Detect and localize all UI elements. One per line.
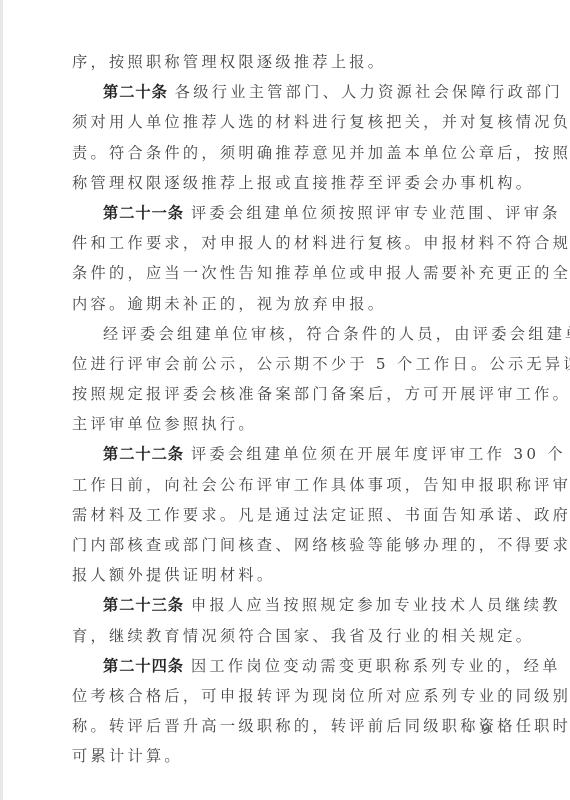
- line-text: 评委会组建单位须在开展年度评审工作 30 个: [191, 445, 566, 463]
- text-line: 第二十二条评委会组建单位须在开展年度评审工作 30 个: [72, 439, 492, 469]
- text-line: 位考核合格后，可申报转评为现岗位所对应系列专业的同级别职: [72, 681, 492, 711]
- text-line: 按照规定报评委会核准备案部门备案后，方可开展评审工作。自: [72, 379, 492, 409]
- line-text: 评委会组建单位须按照评审专业范围、评审条: [191, 204, 561, 222]
- line-text: 门内部核查或部门间核查、网络核验等能够办理的，不得要求申: [72, 536, 570, 554]
- line-text: 条件的，应当一次性告知推荐单位或申报人需要补充更正的全部: [72, 264, 570, 282]
- article-number: 第二十一条: [103, 204, 184, 222]
- text-line: 门内部核查或部门间核查、网络核验等能够办理的，不得要求申: [72, 530, 492, 560]
- line-text: 须对用人单位推荐人选的材料进行复核把关，并对复核情况负: [72, 113, 570, 131]
- text-line: 件和工作要求，对申报人的材料进行复核。申报材料不符合规定: [72, 228, 492, 258]
- line-text: 位考核合格后，可申报转评为现岗位所对应系列专业的同级别职: [72, 687, 570, 705]
- line-text: 称管理权限逐级推荐上报或直接推荐至评委会办事机构。: [72, 174, 534, 192]
- text-line: 工作日前，向社会公布评审工作具体事项，告知申报职称评审所: [72, 470, 492, 500]
- line-text: 申报人应当按照规定参加专业技术人员继续教: [191, 596, 561, 614]
- line-text: 经评委会组建单位审核，符合条件的人员，由评委会组建单: [103, 325, 570, 343]
- line-text: 件和工作要求，对申报人的材料进行复核。申报材料不符合规定: [72, 234, 570, 252]
- text-line: 内容。逾期未补正的，视为放弃申报。: [72, 289, 492, 319]
- text-line: 条件的，应当一次性告知推荐单位或申报人需要补充更正的全部: [72, 258, 492, 288]
- text-line: 报人额外提供证明材料。: [72, 560, 492, 590]
- text-line: 育，继续教育情况须符合国家、我省及行业的相关规定。: [72, 621, 492, 651]
- article-number: 第二十四条: [103, 657, 184, 675]
- line-text: 责。符合条件的，须明确推荐意见并加盖本单位公章后，按照职: [72, 144, 570, 162]
- line-text: 可累计计算。: [72, 747, 183, 765]
- line-text: 内容。逾期未补正的，视为放弃申报。: [72, 295, 386, 313]
- document-page: 序，按照职称管理权限逐级推荐上报。 第二十条各级行业主管部门、人力资源社会保障行…: [0, 0, 570, 800]
- text-line: 序，按照职称管理权限逐级推荐上报。: [72, 47, 492, 77]
- text-line: 位进行评审会前公示，公示期不少于 5 个工作日。公示无异议的，: [72, 349, 492, 379]
- text-line: 第二十三条申报人应当按照规定参加专业技术人员继续教: [72, 590, 492, 620]
- text-line: 可累计计算。: [72, 741, 492, 771]
- line-text: 序，按照职称管理权限逐级推荐上报。: [72, 53, 386, 71]
- page-edge: [0, 0, 3, 800]
- line-text: 按照规定报评委会核准备案部门备案后，方可开展评审工作。自: [72, 385, 570, 403]
- line-text: 需材料及工作要求。凡是通过法定证照、书面告知承诺、政府部: [72, 506, 570, 524]
- text-line: 经评委会组建单位审核，符合条件的人员，由评委会组建单: [72, 319, 492, 349]
- line-text: 各级行业主管部门、人力资源社会保障行政部门: [175, 83, 563, 101]
- line-text: 报人额外提供证明材料。: [72, 566, 275, 584]
- line-text: 工作日前，向社会公布评审工作具体事项，告知申报职称评审所: [72, 476, 570, 494]
- article-number: 第二十三条: [103, 596, 184, 614]
- text-line: 第二十一条评委会组建单位须按照评审专业范围、评审条: [72, 198, 492, 228]
- article-number: 第二十二条: [103, 445, 184, 463]
- line-text: 因工作岗位变动需变更职称系列专业的，经单: [191, 657, 561, 675]
- text-line: 须对用人单位推荐人选的材料进行复核把关，并对复核情况负: [72, 107, 492, 137]
- text-line: 主评审单位参照执行。: [72, 409, 492, 439]
- text-line: 第二十条各级行业主管部门、人力资源社会保障行政部门: [72, 77, 492, 107]
- article-number: 第二十条: [103, 83, 168, 101]
- text-line: 称。转评后晋升高一级职称的，转评前后同级职称资格任职时间: [72, 711, 492, 741]
- line-text: 主评审单位参照执行。: [72, 415, 257, 433]
- text-line: 需材料及工作要求。凡是通过法定证照、书面告知承诺、政府部: [72, 500, 492, 530]
- text-line: 责。符合条件的，须明确推荐意见并加盖本单位公章后，按照职: [72, 138, 492, 168]
- text-line: 第二十四条因工作岗位变动需变更职称系列专业的，经单: [72, 651, 492, 681]
- line-text: 位进行评审会前公示，公示期不少于 5 个工作日。公示无异议的，: [72, 355, 570, 373]
- line-text: 育，继续教育情况须符合国家、我省及行业的相关规定。: [72, 627, 534, 645]
- page-number: - 9 -: [466, 722, 509, 738]
- text-line: 称管理权限逐级推荐上报或直接推荐至评委会办事机构。: [72, 168, 492, 198]
- document-body: 序，按照职称管理权限逐级推荐上报。 第二十条各级行业主管部门、人力资源社会保障行…: [72, 47, 492, 772]
